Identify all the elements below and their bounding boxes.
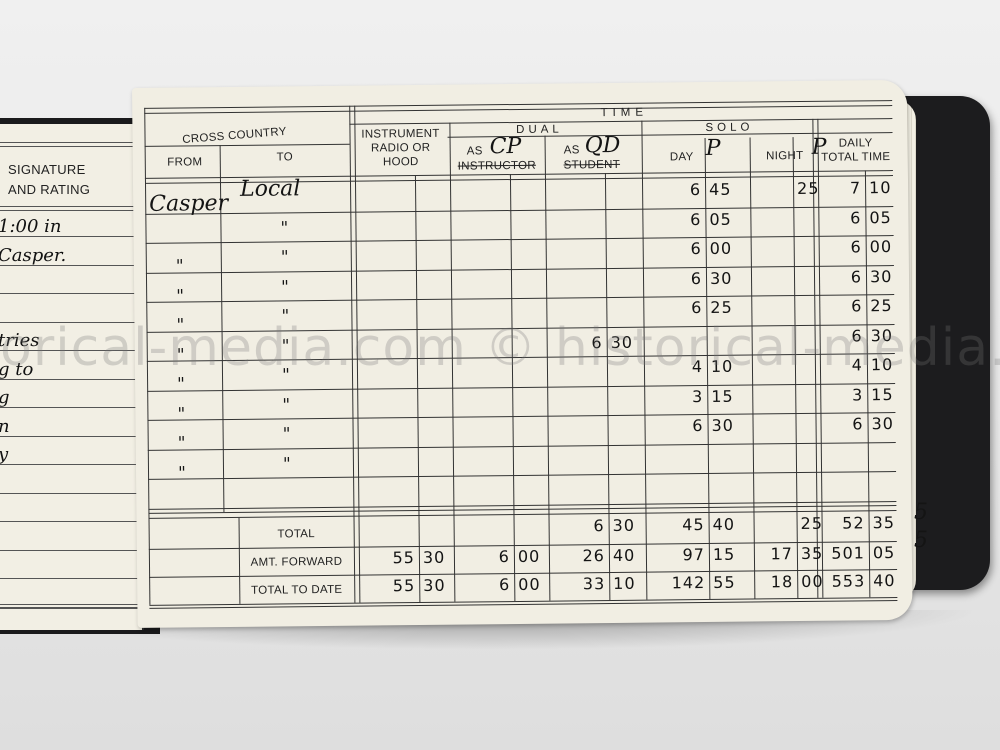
amt-forward-label: AMT. FORWARD — [239, 554, 354, 569]
row-solo-day-minutes: 30 — [710, 268, 733, 287]
row-daily-total-hours: 6 — [806, 267, 862, 287]
row-daily-total-minutes: 05 — [869, 208, 892, 227]
row-solo-day-minutes: 45 — [709, 180, 732, 199]
forward-solo-day-minutes: 15 — [713, 544, 736, 563]
as-label: AS — [460, 144, 490, 158]
to-header: TO — [255, 150, 315, 165]
row-from: " — [176, 286, 184, 306]
row-solo-day-hours: 6 — [646, 298, 702, 318]
row-solo-day-minutes: 15 — [711, 386, 734, 405]
forward-solo-night-hours: 17 — [737, 544, 793, 564]
forward-solo-day-hours: 97 — [649, 545, 705, 565]
to_date-dual-student-minutes: 10 — [613, 573, 636, 592]
row-to: " — [280, 218, 288, 238]
row-to: " — [283, 454, 291, 474]
to_date-daily-total-minutes: 40 — [873, 571, 896, 590]
student-override-handwritten: QD — [584, 133, 620, 158]
row-from: Casper — [149, 191, 228, 217]
handwritten-note: g — [0, 387, 10, 408]
to_date-daily-total-hours: 553 — [809, 571, 865, 591]
row-solo-day-hours: 6 — [645, 210, 701, 230]
to_date-dual-student-hours: 33 — [549, 574, 605, 594]
to_date-instrument-hours: 55 — [359, 576, 415, 596]
solo-header: SOLO — [684, 120, 774, 135]
row-to: " — [281, 277, 289, 297]
handwritten-note: 1:00 in — [0, 216, 62, 237]
to_date-solo-day-hours: 142 — [649, 573, 705, 593]
row-daily-total-hours: 6 — [805, 208, 861, 228]
forward-instrument-minutes: 30 — [423, 547, 446, 566]
row-solo-day-hours: 3 — [647, 387, 703, 407]
row-daily-total-minutes: 30 — [870, 267, 893, 286]
row-to: " — [281, 247, 289, 267]
instrument-header: INSTRUMENTRADIO ORHOOD — [355, 127, 445, 170]
total-to-date-label: TOTAL TO DATE — [239, 582, 354, 597]
total-daily-total-hours: 52 — [808, 513, 864, 533]
row-daily-total-minutes: 25 — [870, 296, 893, 315]
day-pilot-handwritten: P — [706, 136, 721, 161]
row-solo-day-minutes: 00 — [710, 239, 733, 258]
row-solo-day-hours: 6 — [647, 416, 703, 436]
forward-instrument-hours: 55 — [359, 548, 415, 568]
row-daily-total-hours: 6 — [806, 296, 862, 316]
total-dual-student-minutes: 30 — [613, 515, 636, 534]
row-daily-total-minutes: 30 — [871, 414, 894, 433]
forward-dual-instructor-hours: 6 — [454, 547, 510, 567]
margin-mark: 5 — [914, 528, 928, 553]
to_date-dual-instructor-hours: 6 — [454, 575, 510, 595]
row-from: " — [178, 433, 186, 453]
total-label: TOTAL — [239, 526, 354, 541]
instructor-override-handwritten: CP — [490, 134, 522, 159]
handwritten-note: y — [0, 444, 8, 465]
forward-dual-student-minutes: 40 — [613, 545, 636, 564]
student-struck-label: STUDENT — [547, 158, 637, 173]
total-solo-day-hours: 45 — [649, 515, 705, 535]
row-solo-day-hours: 6 — [645, 180, 701, 200]
total-dual-student-hours: 6 — [549, 516, 605, 536]
from-header: FROM — [155, 155, 215, 170]
as-label: AS — [557, 143, 587, 157]
row-daily-total-hours: 6 — [807, 414, 863, 434]
night-header: NIGHT — [760, 149, 810, 164]
time-header: TIME — [564, 105, 684, 120]
row-to: Local — [240, 176, 301, 202]
row-daily-total-hours: 3 — [807, 385, 863, 405]
row-solo-day-minutes: 30 — [711, 416, 734, 435]
row-from: " — [177, 404, 185, 424]
to_date-instrument-minutes: 30 — [423, 575, 446, 594]
day-header: DAY — [662, 150, 702, 164]
forward-daily-total-hours: 501 — [809, 543, 865, 563]
forward-dual-student-hours: 26 — [549, 546, 605, 566]
handwritten-note: Casper. — [0, 245, 66, 266]
row-daily-total-hours: 6 — [806, 237, 862, 257]
row-from: " — [178, 463, 186, 483]
total-solo-day-minutes: 40 — [712, 514, 735, 533]
row-daily-total-minutes: 00 — [870, 237, 893, 256]
forward-daily-total-minutes: 05 — [873, 543, 896, 562]
row-daily-total-hours: 7 — [805, 178, 861, 198]
to_date-solo-day-minutes: 55 — [713, 572, 736, 591]
row-solo-day-hours: 6 — [646, 239, 702, 259]
handwritten-note: n — [0, 416, 10, 437]
row-solo-day-minutes: 25 — [710, 298, 733, 317]
signature-rating-header: SIGNATURE AND RATING — [8, 160, 90, 200]
watermark: orical-media.com © historical-media.c — [0, 318, 1000, 378]
margin-mark: 5 — [914, 500, 928, 525]
row-solo-day-hours: 6 — [646, 269, 702, 289]
forward-dual-instructor-minutes: 00 — [518, 546, 541, 565]
to_date-dual-instructor-minutes: 00 — [518, 574, 541, 593]
row-to: " — [282, 395, 290, 415]
row-daily-total-minutes: 10 — [869, 178, 892, 197]
total-daily-total-minutes: 35 — [872, 513, 895, 532]
row-daily-total-minutes: 15 — [871, 385, 894, 404]
to_date-solo-night-hours: 18 — [737, 572, 793, 592]
row-from: " — [176, 256, 184, 276]
instructor-struck-label: INSTRUCTOR — [452, 159, 542, 174]
row-solo-day-minutes: 05 — [709, 209, 732, 228]
row-to: " — [283, 424, 291, 444]
daily-total-header: DAILYTOTAL TIME — [817, 136, 895, 165]
